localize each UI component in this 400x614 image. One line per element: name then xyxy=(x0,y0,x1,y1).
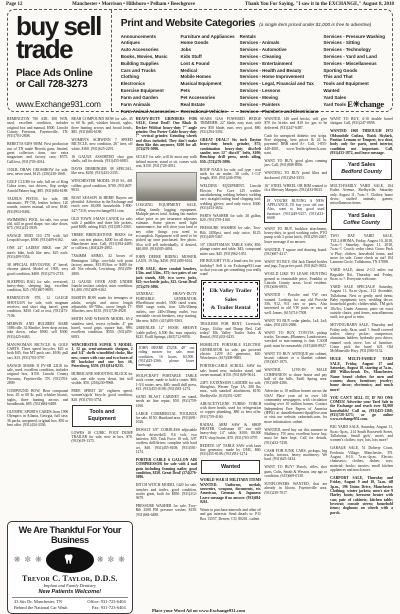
classified-ad: LOGGING EQUIPMENT SALE, selling family l… xyxy=(136,203,197,251)
category-item: Farm Animals xyxy=(121,102,176,109)
classified-ad: SULKY for sale, will fit most any walk b… xyxy=(136,155,197,168)
classified-ad: 12 GAUGE OVER AND UNDER franchi instinct… xyxy=(71,280,132,293)
classified-ad: WANTED, need hay cut this summer in Mulb… xyxy=(264,428,327,445)
classified-ad: WANT TO BUY, backhoe attachment, heavy-d… xyxy=(264,227,327,244)
classified-ad: ONE 24" LADIES' BIKE, one 26" men's bike… xyxy=(7,246,68,259)
tooth-icon xyxy=(46,547,94,573)
category-columns: AnnouncementsAntiquesAuto AccessoriesBoo… xyxy=(121,34,385,116)
category-item: Electronics xyxy=(121,81,176,88)
classified-ad: 10" CRAFTSMAN TABLE SAW, $50; plunge rou… xyxy=(200,243,261,256)
newspaper-page: Page 12 Manchester • Morrison • Hillsbor… xyxy=(0,0,400,614)
classified-ad: MARTIN BOW made for teenagers or adults,… xyxy=(71,296,132,313)
classified-ad: MAN/WOMAN BICYCLE & GOLF CARTS. Three sp… xyxy=(7,343,68,360)
category-item: Services - Lessons xyxy=(240,88,319,95)
classified-ad: PARTS WASHER for sale, 20 gallon, $20. (… xyxy=(200,214,261,223)
classified-ad: WOULD LIKE TO LEASE HUNTING ground at re… xyxy=(264,272,327,289)
classified-ad: GREENLEE 12" HOOK SHEAVE (cable puller),… xyxy=(136,326,197,339)
classified-ad: MULTI-FAMILY YARD SALE, 104 Esden Avenue… xyxy=(330,184,393,206)
column-group-left: REMINGTON 700 ADL 308 WIN, used, excelle… xyxy=(7,117,133,614)
classified-ad: SEARS GAS POWERED HEDGE TRIMMER, 22" bla… xyxy=(200,117,261,134)
category-item: Kids Stuff xyxy=(180,54,234,61)
category-item: Services - Cleaning xyxy=(240,54,319,61)
classified-ad: WINCHESTER MODEL 1910 SL, 401 caliber, g… xyxy=(71,179,132,192)
classified-column-1: REMINGTON 700 ADL 308 WIN, used, excelle… xyxy=(7,117,68,519)
category-item: Services - Plumbers and Electricians xyxy=(240,109,319,116)
classified-ad: MOVING/BARN SALE, Thursday and Friday on… xyxy=(330,323,393,353)
classified-ad: WANT TO BUY! Pistols, rifles, shot guns,… xyxy=(264,465,327,478)
dentist-phones: Office: 931-723-6404 Fax: 931-723-6404 xyxy=(87,599,125,611)
category-item: Services - Automotive xyxy=(240,47,319,54)
classified-ad: WANT TO BUY, TOYOTA pickup trucks, Tacom… xyxy=(264,331,327,348)
category-item: Cars and Trucks xyxy=(121,68,176,75)
brand-panel: buy sell trade Place Ads Online or Call … xyxy=(8,10,112,111)
classified-ad: Cash for unexpired diabetic test strips.… xyxy=(264,134,327,156)
classified-ad: WANTED 1968 THROUGH 1972 Oldsmobile Cutl… xyxy=(330,129,393,155)
brand-website: www.Exchange931.com xyxy=(16,99,106,109)
category-item: Services - Health and Beauty xyxy=(240,68,319,75)
classified-ad: SUNFLOWERS WANTED, that are already in b… xyxy=(264,482,327,495)
classified-ad: SMITH AND WESSON MODEL 65-2 stainless st… xyxy=(71,317,132,339)
classified-column-4: SEARS GAS POWERED HEDGE TRIMMER, 22" bla… xyxy=(200,117,261,606)
category-item: Real Estate xyxy=(180,102,234,109)
classified-ad: GENERAC HEAVY-DUTY PORTABLE GENERATOR, W… xyxy=(136,292,197,322)
classified-ad: 16" STEEL WHEEL OR RIM wanted to fit a M… xyxy=(264,184,327,193)
classified-ad: PORTER CABLE 6 GALLON AIR COMPRESSOR for… xyxy=(136,458,197,480)
dentist-address: 33 Stis Dr, Manchester, TN Behind the Na… xyxy=(14,599,67,611)
dentist-headline: We Are Thankful For Your Business xyxy=(12,525,128,545)
dentist-tagline: Implant and Family Dentistry xyxy=(12,583,128,588)
classified-ad: Wants to purchase minerals and other oil… xyxy=(200,508,261,521)
column-group-mid: HEAVY-DUTY GRINDERS FOR SALE, Great Deal… xyxy=(136,117,262,614)
classified-ad: SAND BLAST CABINET on stand, needs air l… xyxy=(136,395,197,408)
category-column: Furniture and AppliancesHome GoodsJobsKi… xyxy=(180,34,234,116)
classified-ad: YOU CAN'T SELL IT, IF NO ONE COMES! Adve… xyxy=(330,396,393,422)
section-header: Tools andEquipment xyxy=(72,405,131,426)
category-item: Services - Yard and Land xyxy=(323,54,385,61)
category-item: Services - Entertainment xyxy=(240,61,319,68)
category-item: Exercise Equipment xyxy=(121,88,176,95)
classified-ad: DAVIS DERRINGER 38 SPECIAL, like new, $2… xyxy=(71,167,132,176)
category-item: Sporting Goods xyxy=(323,68,385,75)
classified-ad: LOWES 10 CUBIC FOOT DUMP TRAILER for sal… xyxy=(71,431,132,444)
classified-ad: BIG YARD SALE, Saturday, August 11, 8a.m… xyxy=(330,425,393,442)
classified-ad: BOAT SEASON IS HERE! Buyers are plentifu… xyxy=(71,196,132,213)
dentist-display-ad: We Are Thankful For Your Business ❋ ✼ ❋ … xyxy=(7,521,133,614)
towns-list: Manchester • Morrison • Hillsboro • Pelh… xyxy=(72,2,195,7)
classified-ad: WINCHESTER SUPER X MODEL 1, 12 ga. semi-… xyxy=(71,343,132,369)
classified-ad: SAVAGE MOD 110 270 with 3x9 Leupold scop… xyxy=(7,234,68,243)
classified-ad: JOHN DEERE Z525E, 48" cut riding mower f… xyxy=(136,343,197,370)
classified-ad: FOR SALE, three conduit benders, 1/2in. … xyxy=(136,267,197,289)
dentist-new-patients: New Patients Welcome! xyxy=(12,589,128,595)
classified-ad: FREE SPIRIT 26" eighteen speed, women's/… xyxy=(71,389,132,402)
category-item: Pets xyxy=(180,88,234,95)
classified-ad: WANTING TO BUY pond lilies and duckweed.… xyxy=(264,171,327,180)
category-item: Lost & Found xyxy=(180,61,234,68)
category-item: Announcements xyxy=(121,34,176,41)
classified-ad: GREAT DEAL!! Six inch Dayton heavy-duty … xyxy=(200,138,261,164)
exchange-logo: E✳change xyxy=(347,99,384,110)
section-header: Yard SalesBedford County xyxy=(331,159,392,180)
classified-ad: CARPORT SALE, Thursday and Friday, Augus… xyxy=(330,476,393,515)
snowflake-decor-left: ❋ ✼ ❋ xyxy=(14,555,43,564)
category-item: Musical Equipment xyxy=(180,81,234,88)
classified-ad: WANTED, 140 used bricks, will give $70 f… xyxy=(264,117,327,130)
category-item: Services - Sitting xyxy=(323,40,385,47)
classified-ad: WANTED, LIVE-IN MALE COMPANION to share … xyxy=(264,368,327,385)
elk-valley-boxed-ad: Elk Valley Trailer Sales& Trailer Rental xyxy=(201,280,260,318)
category-item: Furniture and Appliances xyxy=(180,34,234,41)
category-item: Farm Animal Accessories xyxy=(121,109,176,116)
classified-ad: WANTED, T square and drawing board. (931… xyxy=(264,248,327,257)
category-item: Services - Technology xyxy=(323,47,385,54)
masthead-tagline: Thank You For Saying, "I saw it in the E… xyxy=(245,2,394,7)
classified-column-2: BEAR COMPOUND BOW for sale, 45 to 60 lb.… xyxy=(71,117,132,519)
cta-phone: or Call 728-3273 xyxy=(16,79,106,90)
classified-ad: CASH FOR JUNK CARS, pickups, big trucks,… xyxy=(264,449,327,462)
category-item: Services - Pressure Washing xyxy=(323,34,385,41)
categories-subtitle: (a single item priced under $1,000 is fr… xyxy=(259,22,371,27)
classified-ad: TAURUS PISTOL for sale, 380 automatic, P… xyxy=(7,197,68,214)
classified-ad: WANT TO BUY, good glass canning jars. Ca… xyxy=(264,159,327,168)
categories-title-row: Print and Website Categories (a single i… xyxy=(121,13,385,31)
category-item: Farm and Garden xyxy=(121,95,176,102)
classified-ad: REMINGTON 700 ADL 308 WIN, used, excelle… xyxy=(7,117,68,139)
classified-ad: 38 SPECIAL REVOLVER, 4" barrel, chrome p… xyxy=(7,263,68,276)
classified-ad: HEAVY-DUTY GRINDERS FOR SALE, Great Deal… xyxy=(136,117,197,152)
classified-ad: YARD SALE, about 2-1/2 miles out Ragsdal… xyxy=(330,268,393,281)
category-item: Clothing xyxy=(121,74,176,81)
snowflake-decor-right: ❋ ✼ ❋ xyxy=(97,555,126,564)
brand-title: buy sell trade xyxy=(16,15,106,61)
classified-ad: WORLD WAR II MILITARY ITEMS WANTED. Unif… xyxy=(200,478,261,504)
classified-ad: COMPOUND BOW, Bear compound bow, 45 to 6… xyxy=(7,389,68,406)
category-item: Recreational Vehicles xyxy=(180,109,234,116)
category-item: Services - Animals xyxy=(240,40,319,47)
classified-ad: RADIAL ARM SAW & SHOP HEATER. Craftsman … xyxy=(200,423,261,440)
categories-title: Print and Website Categories xyxy=(121,18,255,29)
category-item: Jobs xyxy=(180,47,234,54)
classified-ad: TWO DAY YARD SALE, TULLAHOMA, Friday, Au… xyxy=(330,234,393,264)
classified-ad: SLEEPING BAG for sale, oversized, heavy-… xyxy=(7,280,68,293)
classified-ad: HE BOUGHT YOU a hand saw for your birthd… xyxy=(200,259,261,276)
page-number: Page 12 xyxy=(6,2,23,7)
category-item: Building Supplies xyxy=(121,61,176,68)
category-item: Mobile Homes xyxy=(180,74,234,81)
classified-ad: IF YOU'RE BUYING A NEW APPLIANCE, I'll b… xyxy=(264,196,327,223)
promo-box: buy sell trade Place Ads Online or Call … xyxy=(7,9,393,112)
classified-column-6: WANT TO BUY, 4-10 double barrel shotgun.… xyxy=(330,117,393,614)
classified-ad: WANT TO BUY ANTIQUE pie cabinet, biscuit… xyxy=(264,352,327,365)
classified-ad: MERWIN AND HULBERT RARE 1886 rifle, 32 R… xyxy=(7,322,68,339)
classified-ad: DITCH WITCH MODEL 1420 for sale, trenche… xyxy=(136,483,197,500)
classifieds-area: REMINGTON 700 ADL 308 WIN, used, excelle… xyxy=(0,115,400,614)
classified-ad: WELDING EQUIPMENT, Lincoln Electric Pro … xyxy=(200,184,261,210)
classified-ad: 16 GAUGE ASSORTED shot gun shells, call … xyxy=(71,155,132,164)
classified-ad: 7X64MM AMMO, 32 boxes of Remington 140gr… xyxy=(71,254,132,276)
classified-ad: BEAR COMPOUND BOW for sale, 45 to 60 lb.… xyxy=(71,117,132,134)
classified-ad: REDETE 10" TABLE SAW with laser line gen… xyxy=(200,444,261,457)
classified-column-5: WANTED, 140 used bricks, will give $70 f… xyxy=(264,117,327,614)
classified-ad: SAVAGE MARK II FV-SR 22LR for sale, used… xyxy=(7,364,68,386)
classified-ad: SWIMMING POOL for sale, two years old, s… xyxy=(7,218,68,231)
category-item: Books, Movies, Music xyxy=(121,54,176,61)
category-item: Services - Miscellaneous xyxy=(323,61,385,68)
classified-ad: 150LB. DRAW CROSSBOW for sale, new, neve… xyxy=(7,168,68,177)
category-item: Antiques xyxy=(121,40,176,47)
classified-ad: AIR/ACETYLENE TURBO TORCH with three hea… xyxy=(200,402,261,419)
categories-panel: Print and Website Categories (a single i… xyxy=(112,10,392,111)
place-ads-cta: Place Ads Online or Call 728-3273 xyxy=(16,68,106,90)
classified-ad: GOLF CLUBS for sale, full set of King Co… xyxy=(7,180,68,193)
category-item: Tools and Equipment xyxy=(323,81,385,88)
classified-ad: GARAGE SALE, 51 Doherty Court, Fredonia … xyxy=(330,446,393,472)
classified-ad: JOHN DEERE RIDING MOWER, LA105, 19.5hp, … xyxy=(136,255,197,264)
classified-ad: THREE BRIDGESTONE BIKES for sale, can te… xyxy=(71,233,132,250)
classified-ad: PRESSURE WASHER for sale, Troy-Bilt 2500… xyxy=(136,504,197,517)
classified-ad: LARGE COMMERCIAL TOOLBOX for sale, $150.… xyxy=(136,412,197,425)
category-item: Auto Accessories xyxy=(121,47,176,54)
classified-ad: WOMEN'S SCHWINN 7 SPEED BICYCLE, new con… xyxy=(71,138,132,151)
classified-ad: WANT TO BUY, Old Jack Daniel bottles and… xyxy=(264,260,327,269)
classified-ad: WANT TO BUY cedar planks, 1x4; 2x4; slab… xyxy=(264,319,327,328)
dentist-name: Trevor C. Taylor, D.D.S. xyxy=(12,574,128,583)
classified-ad: PRESSURE WASHER for sale, Troy-Bilt, 245… xyxy=(200,226,261,239)
classified-column-3: HEAVY-DUTY GRINDERS FOR SALE, Great Deal… xyxy=(136,117,197,606)
logging-equipment-photo xyxy=(136,172,197,201)
classified-ad: YARD SALE SPECIALS! Saturday, August 11,… xyxy=(330,285,393,320)
category-item: Services - Painters xyxy=(240,102,319,109)
word-ad-footer: Place your Word Ad on www.Exchange931.co… xyxy=(136,606,262,614)
classified-ad: OLD TOWN 3-MAN CANOE for sale, with 2 pa… xyxy=(71,217,132,230)
classified-ad: WANT TO BUY, 4-10 double barrel shotgun.… xyxy=(330,117,393,126)
classified-ad: PORTER-CABLE SCROLL SAW for sale, brand … xyxy=(200,364,261,377)
category-item: Medical xyxy=(180,68,234,75)
category-column: RentalsServices - AnimalsServices - Auto… xyxy=(240,34,319,116)
section-header: Yard SalesCoffee County xyxy=(331,209,392,230)
category-item: Rentals xyxy=(240,34,319,41)
classified-ad: HOMELITE PORTABLE ELECTRIC GENERATOR for… xyxy=(200,343,261,360)
section-header: Wanted xyxy=(201,460,260,474)
classified-ad: WOLFCRAFT PORTABLE TABLE work center, ma… xyxy=(136,374,197,391)
classified-ad: OLYMPIC SPORTS CARDS from 1996 Olympics … xyxy=(7,410,68,427)
classified-ad: HURRICANE SHOOTING BLOCK for sale, one s… xyxy=(71,372,132,385)
classified-ad: Advertise to 10 million homes across the… xyxy=(264,389,327,424)
classified-ad: ROOF NAILS for sale, coil type - roof na… xyxy=(200,168,261,181)
category-item: Wanted xyxy=(323,88,385,95)
classified-ad: TRAILERS FOR RENT, Livestock, Cargo, Uti… xyxy=(200,322,261,339)
page-top-strip: Page 12 Manchester • Morrison • Hillsbor… xyxy=(0,0,400,8)
brand-line2: trade xyxy=(16,38,106,61)
category-item: Services - Moving xyxy=(240,95,319,102)
category-item: Home Goods xyxy=(180,40,234,47)
classified-ad: DEWALT 3/8" CORDLESS adjustable clutch d… xyxy=(136,428,197,454)
category-item: Pet Accessories xyxy=(180,95,234,102)
classified-ad: BERETTA 92FS 9MM. First production run o… xyxy=(7,142,68,164)
category-item: Services - Legal, Financial and Tax xyxy=(240,81,319,88)
classified-ad: 24FT. EXTENSION LADDER for sale, fibergl… xyxy=(200,381,261,398)
category-item: This and That xyxy=(323,74,385,81)
classified-ad: REMINGTON 870, 12 GAUGE SHOTGUN for sale… xyxy=(7,296,68,318)
classified-ad: HUGE MULTI-FAMILY YARD SALE, Friday, Aug… xyxy=(330,357,393,392)
category-column: AnnouncementsAntiquesAuto AccessoriesBoo… xyxy=(121,34,176,116)
category-item: Services - Home Improvement xyxy=(240,74,319,81)
cta-line1: Place Ads Online xyxy=(16,68,106,79)
classified-ad: WANTED - Porsche and VW cars wanted. Loo… xyxy=(264,293,327,315)
